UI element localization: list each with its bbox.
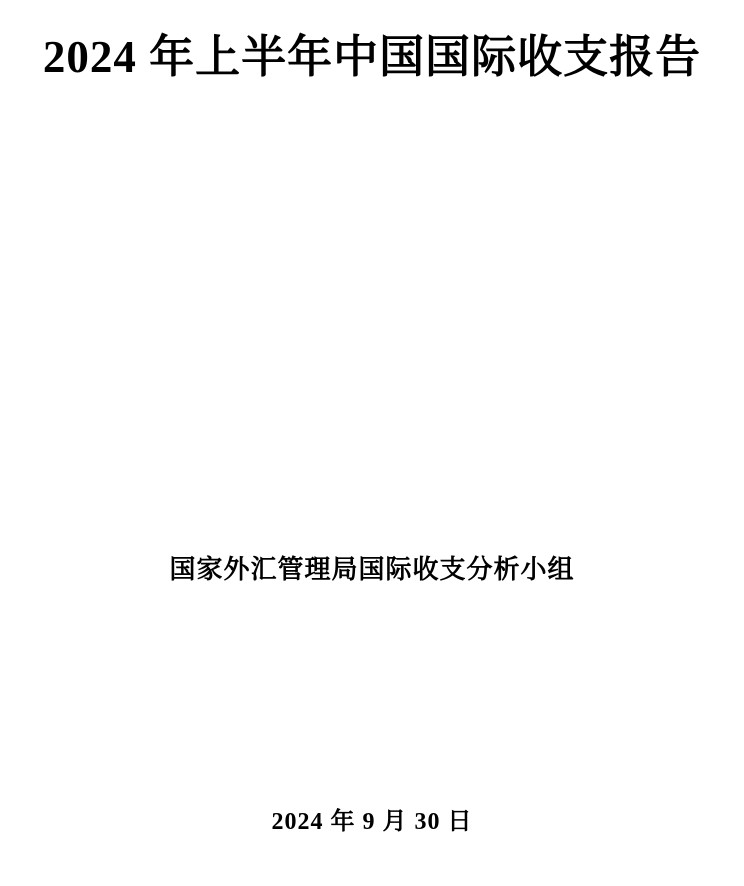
report-title: 2024 年上半年中国国际收支报告 — [0, 28, 744, 86]
report-date: 2024 年 9 月 30 日 — [0, 807, 744, 837]
report-author: 国家外汇管理局国际收支分析小组 — [0, 553, 744, 585]
report-cover-page: 2024 年上半年中国国际收支报告 国家外汇管理局国际收支分析小组 2024 年… — [0, 0, 744, 886]
